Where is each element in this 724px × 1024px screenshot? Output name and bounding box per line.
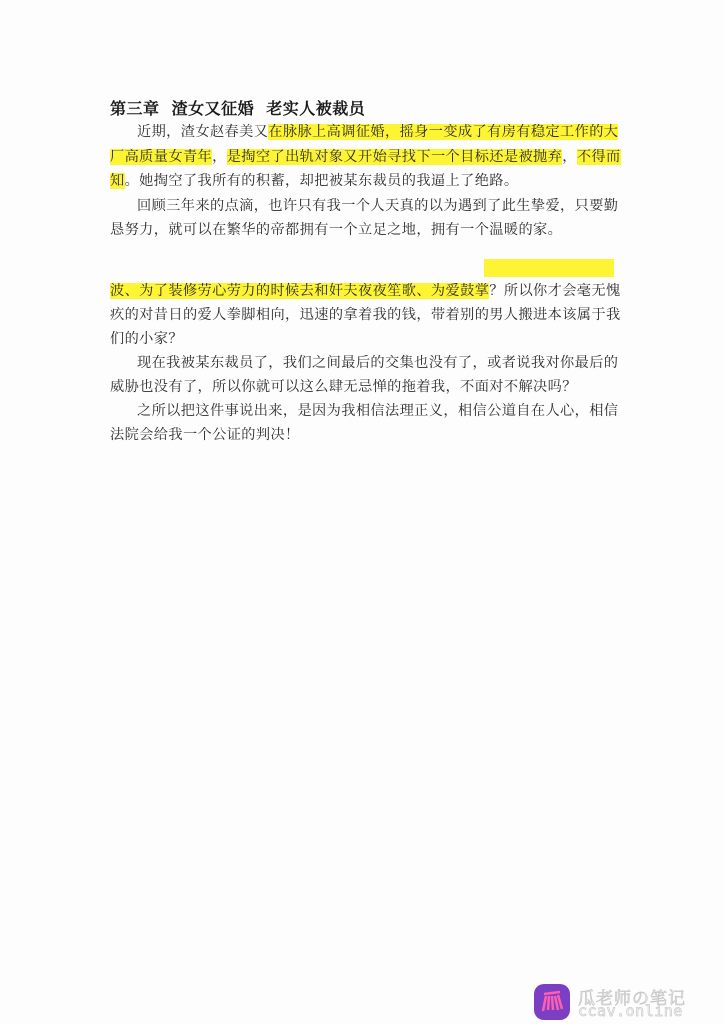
text-segment: 现在我被某东裁员了，我们之间最后的交集也没有了，或者说我对你最后的 — [137, 355, 618, 371]
paragraph-1-line-3: 知。她掏空了我所有的积蓄，却把被某东裁员的我逼上了绝路。 — [110, 171, 518, 193]
text-segment: 威胁也没有了，所以你就可以这么肆无忌惮的拖着我，不面对不解决吗？ — [110, 379, 577, 395]
text-segment: 之所以把这件事说出来，是因为我相信法理正义，相信公道自在人心，相信 — [137, 403, 618, 419]
paragraph-2-line-2: 恳努力，就可以在繁华的帝都拥有一个立足之地，拥有一个温暖的家。 — [110, 220, 562, 242]
paragraph-3-line-3: 们的小家？ — [110, 329, 183, 351]
watermark: 瓜老师の笔记 ccav.online — [534, 984, 714, 1020]
chapter-title: 第三章 渣女又征婚 老实人被裁员 — [110, 96, 365, 119]
text-segment: 们的小家？ — [110, 331, 183, 347]
paragraph-3-line-2: 疚的对昔日的爱人拳脚相向，迅速的拿着我的钱，带着别的男人搬进本该属于我 — [110, 305, 621, 327]
text-segment: ， — [562, 149, 577, 165]
paragraph-3-line-1: 波、为了装修劳心劳力的时候去和奸夫夜夜笙歌、为爱鼓掌？所以你才会毫无愧 — [110, 281, 621, 303]
watermark-site: ccav.online — [578, 1002, 683, 1020]
paragraph-5-line-2: 法院会给我一个公证的判决！ — [110, 425, 300, 447]
document-page: 第三章 渣女又征婚 老实人被裁员 近期，渣女赵春美又在脉脉上高调征婚，摇身一变成… — [0, 0, 724, 1024]
paragraph-1-line-1: 近期，渣女赵春美又在脉脉上高调征婚，摇身一变成了有房有稳定工作的大 — [137, 122, 618, 144]
melon-glyph-icon — [538, 988, 566, 1016]
paragraph-2-line-1: 回顾三年来的点滴，也许只有我一个人天真的以为遇到了此生挚爱，只要勤 — [137, 196, 618, 218]
paragraph-4-line-1: 现在我被某东裁员了，我们之间最后的交集也没有了，或者说我对你最后的 — [137, 353, 618, 375]
highlighted-text-segment: 是掏空了出轨对象又开始寻找下一个目标还是被抛弃 — [227, 149, 563, 165]
paragraph-4-line-2: 威胁也没有了，所以你就可以这么肆无忌惮的拖着我，不面对不解决吗？ — [110, 377, 577, 399]
text-segment: ， — [212, 149, 227, 165]
text-segment: 回顾三年来的点滴，也许只有我一个人天真的以为遇到了此生挚爱，只要勤 — [137, 198, 618, 214]
watermark-logo-icon — [534, 984, 570, 1020]
paragraph-1-line-2: 厂高质量女青年，是掏空了出轨对象又开始寻找下一个目标还是被抛弃，不得而 — [110, 147, 621, 169]
highlighted-text-segment: 在脉脉上高调征婚，摇身一变成了有房有稳定工作的大 — [268, 124, 618, 140]
highlight-block — [484, 259, 614, 277]
highlighted-text-segment: 厂高质量女青年 — [110, 149, 212, 165]
text-segment: 疚的对昔日的爱人拳脚相向，迅速的拿着我的钱，带着别的男人搬进本该属于我 — [110, 307, 621, 323]
paragraph-5-line-1: 之所以把这件事说出来，是因为我相信法理正义，相信公道自在人心，相信 — [137, 401, 618, 423]
text-segment: ？所以你才会毫无愧 — [489, 283, 620, 299]
text-segment: 法院会给我一个公证的判决！ — [110, 427, 300, 443]
highlighted-text-segment: 波、为了装修劳心劳力的时候去和奸夫夜夜笙歌、为爱鼓掌 — [110, 283, 489, 299]
text-segment: 近期，渣女赵春美又 — [137, 124, 268, 140]
text-segment: 。她掏空了我所有的积蓄，却把被某东裁员的我逼上了绝路。 — [125, 173, 519, 189]
highlighted-text-segment: 知 — [110, 173, 125, 189]
text-segment: 恳努力，就可以在繁华的帝都拥有一个立足之地，拥有一个温暖的家。 — [110, 222, 562, 238]
highlighted-text-segment: 不得而 — [577, 149, 621, 165]
